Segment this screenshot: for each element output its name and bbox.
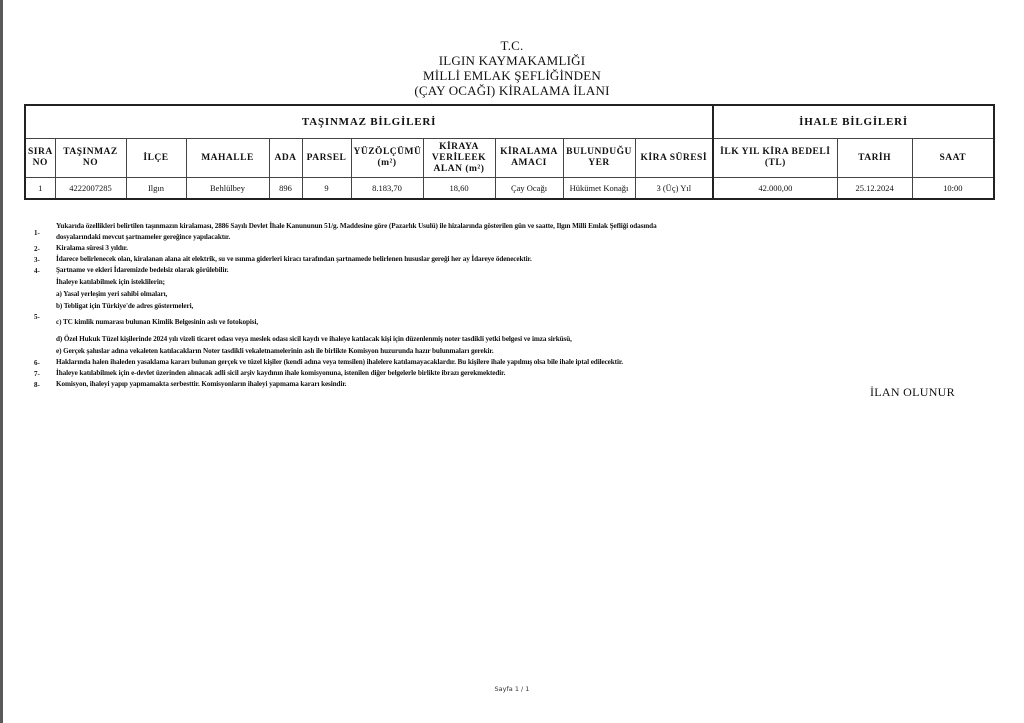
- col-ada: ADA: [269, 139, 302, 178]
- item-number-4: 4-: [34, 267, 40, 275]
- cell-ilk-yil-kira-bedeli: 42.000,00: [713, 178, 837, 200]
- col-kira-suresi: KİRA SÜRESİ: [635, 139, 713, 178]
- item-number-1: 1-: [34, 229, 40, 237]
- cell-kiralama-amaci: Çay Ocağı: [495, 178, 563, 200]
- condition-6: Haklarında halen ihaleden yasaklama kara…: [56, 358, 623, 366]
- page-number: Sayfa 1 / 1: [0, 685, 1024, 693]
- condition-1-line-2: dosyalarındaki mevcut şartnameler gereği…: [56, 233, 230, 241]
- cell-ada: 896: [269, 178, 302, 200]
- cell-bulundugu-yer: Hükümet Konağı: [563, 178, 635, 200]
- col-ilce: İLÇE: [126, 139, 186, 178]
- condition-7: İhaleye katılabilmek için e-devlet üzeri…: [56, 369, 505, 377]
- item-number-6: 6-: [34, 359, 40, 367]
- cell-kira-suresi: 3 (Üç) Yıl: [635, 178, 713, 200]
- col-kiraya-verilecek-alan: KİRAYA VERİLEEKALAN (m²): [423, 139, 495, 178]
- col-yuzolcumu: YÜZÖLÇÜMÜ(m²): [351, 139, 423, 178]
- document-header: T.C. ILGIN KAYMAKAMLIĞI MİLLİ EMLAK ŞEFL…: [0, 38, 1024, 98]
- table-row: 1 4222007285 Ilgın Behlülbey 896 9 8.183…: [25, 178, 994, 200]
- header-line-ilan-title: (ÇAY OCAĞI) KİRALAMA İLANI: [0, 83, 1024, 98]
- item-number-8: 8-: [34, 381, 40, 389]
- cell-tarih: 25.12.2024: [837, 178, 912, 200]
- condition-8: Komisyon, ihaleyi yapıp yapmamakta serbe…: [56, 380, 346, 388]
- col-mahalle: MAHALLE: [186, 139, 269, 178]
- column-header-row: SIRANO TAŞINMAZNO İLÇE MAHALLE ADA PARSE…: [25, 139, 994, 178]
- cell-saat: 10:00: [912, 178, 994, 200]
- col-sira-no: SIRANO: [25, 139, 55, 178]
- col-tasinmaz-no: TAŞINMAZNO: [55, 139, 126, 178]
- condition-5-heading: İhaleye katılabilmek için isteklilerin;: [56, 278, 165, 286]
- cell-parsel: 9: [302, 178, 351, 200]
- cell-mahalle: Behlülbey: [186, 178, 269, 200]
- cell-ilce: Ilgın: [126, 178, 186, 200]
- col-parsel: PARSEL: [302, 139, 351, 178]
- item-number-7: 7-: [34, 370, 40, 378]
- item-number-2: 2-: [34, 245, 40, 253]
- col-ilk-yil-kira-bedeli: İLK YIL KİRA BEDELİ(TL): [713, 139, 837, 178]
- group-ihale-bilgileri: İHALE BİLGİLERİ: [713, 105, 994, 139]
- condition-2: Kiralama süresi 3 yıldır.: [56, 244, 128, 252]
- group-header-row: TAŞINMAZ BİLGİLERİ İHALE BİLGİLERİ: [25, 105, 994, 139]
- cell-yuzolcumu: 8.183,70: [351, 178, 423, 200]
- condition-5-c: c) TC kimlik numarası bulunan Kimlik Bel…: [56, 318, 258, 326]
- cell-sira-no: 1: [25, 178, 55, 200]
- col-saat: SAAT: [912, 139, 994, 178]
- item-number-3: 3-: [34, 256, 40, 264]
- rental-table: TAŞINMAZ BİLGİLERİ İHALE BİLGİLERİ SIRAN…: [24, 104, 995, 200]
- item-number-5: 5-: [34, 313, 40, 321]
- condition-5-d: d) Özel Hukuk Tüzel kişilerinde 2024 yıl…: [56, 335, 572, 343]
- cell-kiraya-verilecek-alan: 18,60: [423, 178, 495, 200]
- window-left-edge: [0, 0, 3, 723]
- col-bulundugu-yer: BULUNDUĞUYER: [563, 139, 635, 178]
- cell-tasinmaz-no: 4222007285: [55, 178, 126, 200]
- header-line-kaymakamlik: ILGIN KAYMAKAMLIĞI: [0, 53, 1024, 68]
- condition-3: İdarece belirlenecek olan, kiralanan ala…: [56, 255, 532, 263]
- condition-5-a: a) Yasal yerleşim yeri sahibi olmaları,: [56, 290, 167, 298]
- header-line-seflik: MİLLİ EMLAK ŞEFLİĞİNDEN: [0, 68, 1024, 83]
- condition-1-line-1: Yukarıda özellikleri belirtilen taşınmaz…: [56, 222, 657, 230]
- col-tarih: TARİH: [837, 139, 912, 178]
- header-line-tc: T.C.: [0, 38, 1024, 53]
- group-tasinmaz-bilgileri: TAŞINMAZ BİLGİLERİ: [25, 105, 713, 139]
- condition-5-b: b) Tebligat için Türkiye'de adres göster…: [56, 302, 193, 310]
- condition-5-e: e) Gerçek şahıslar adına vekaleten katıl…: [56, 347, 494, 355]
- col-kiralama-amaci: KİRALAMAAMACI: [495, 139, 563, 178]
- closing-statement: İLAN OLUNUR: [870, 385, 955, 400]
- condition-4: Şartname ve ekleri İdaremizde bedelsiz o…: [56, 266, 228, 274]
